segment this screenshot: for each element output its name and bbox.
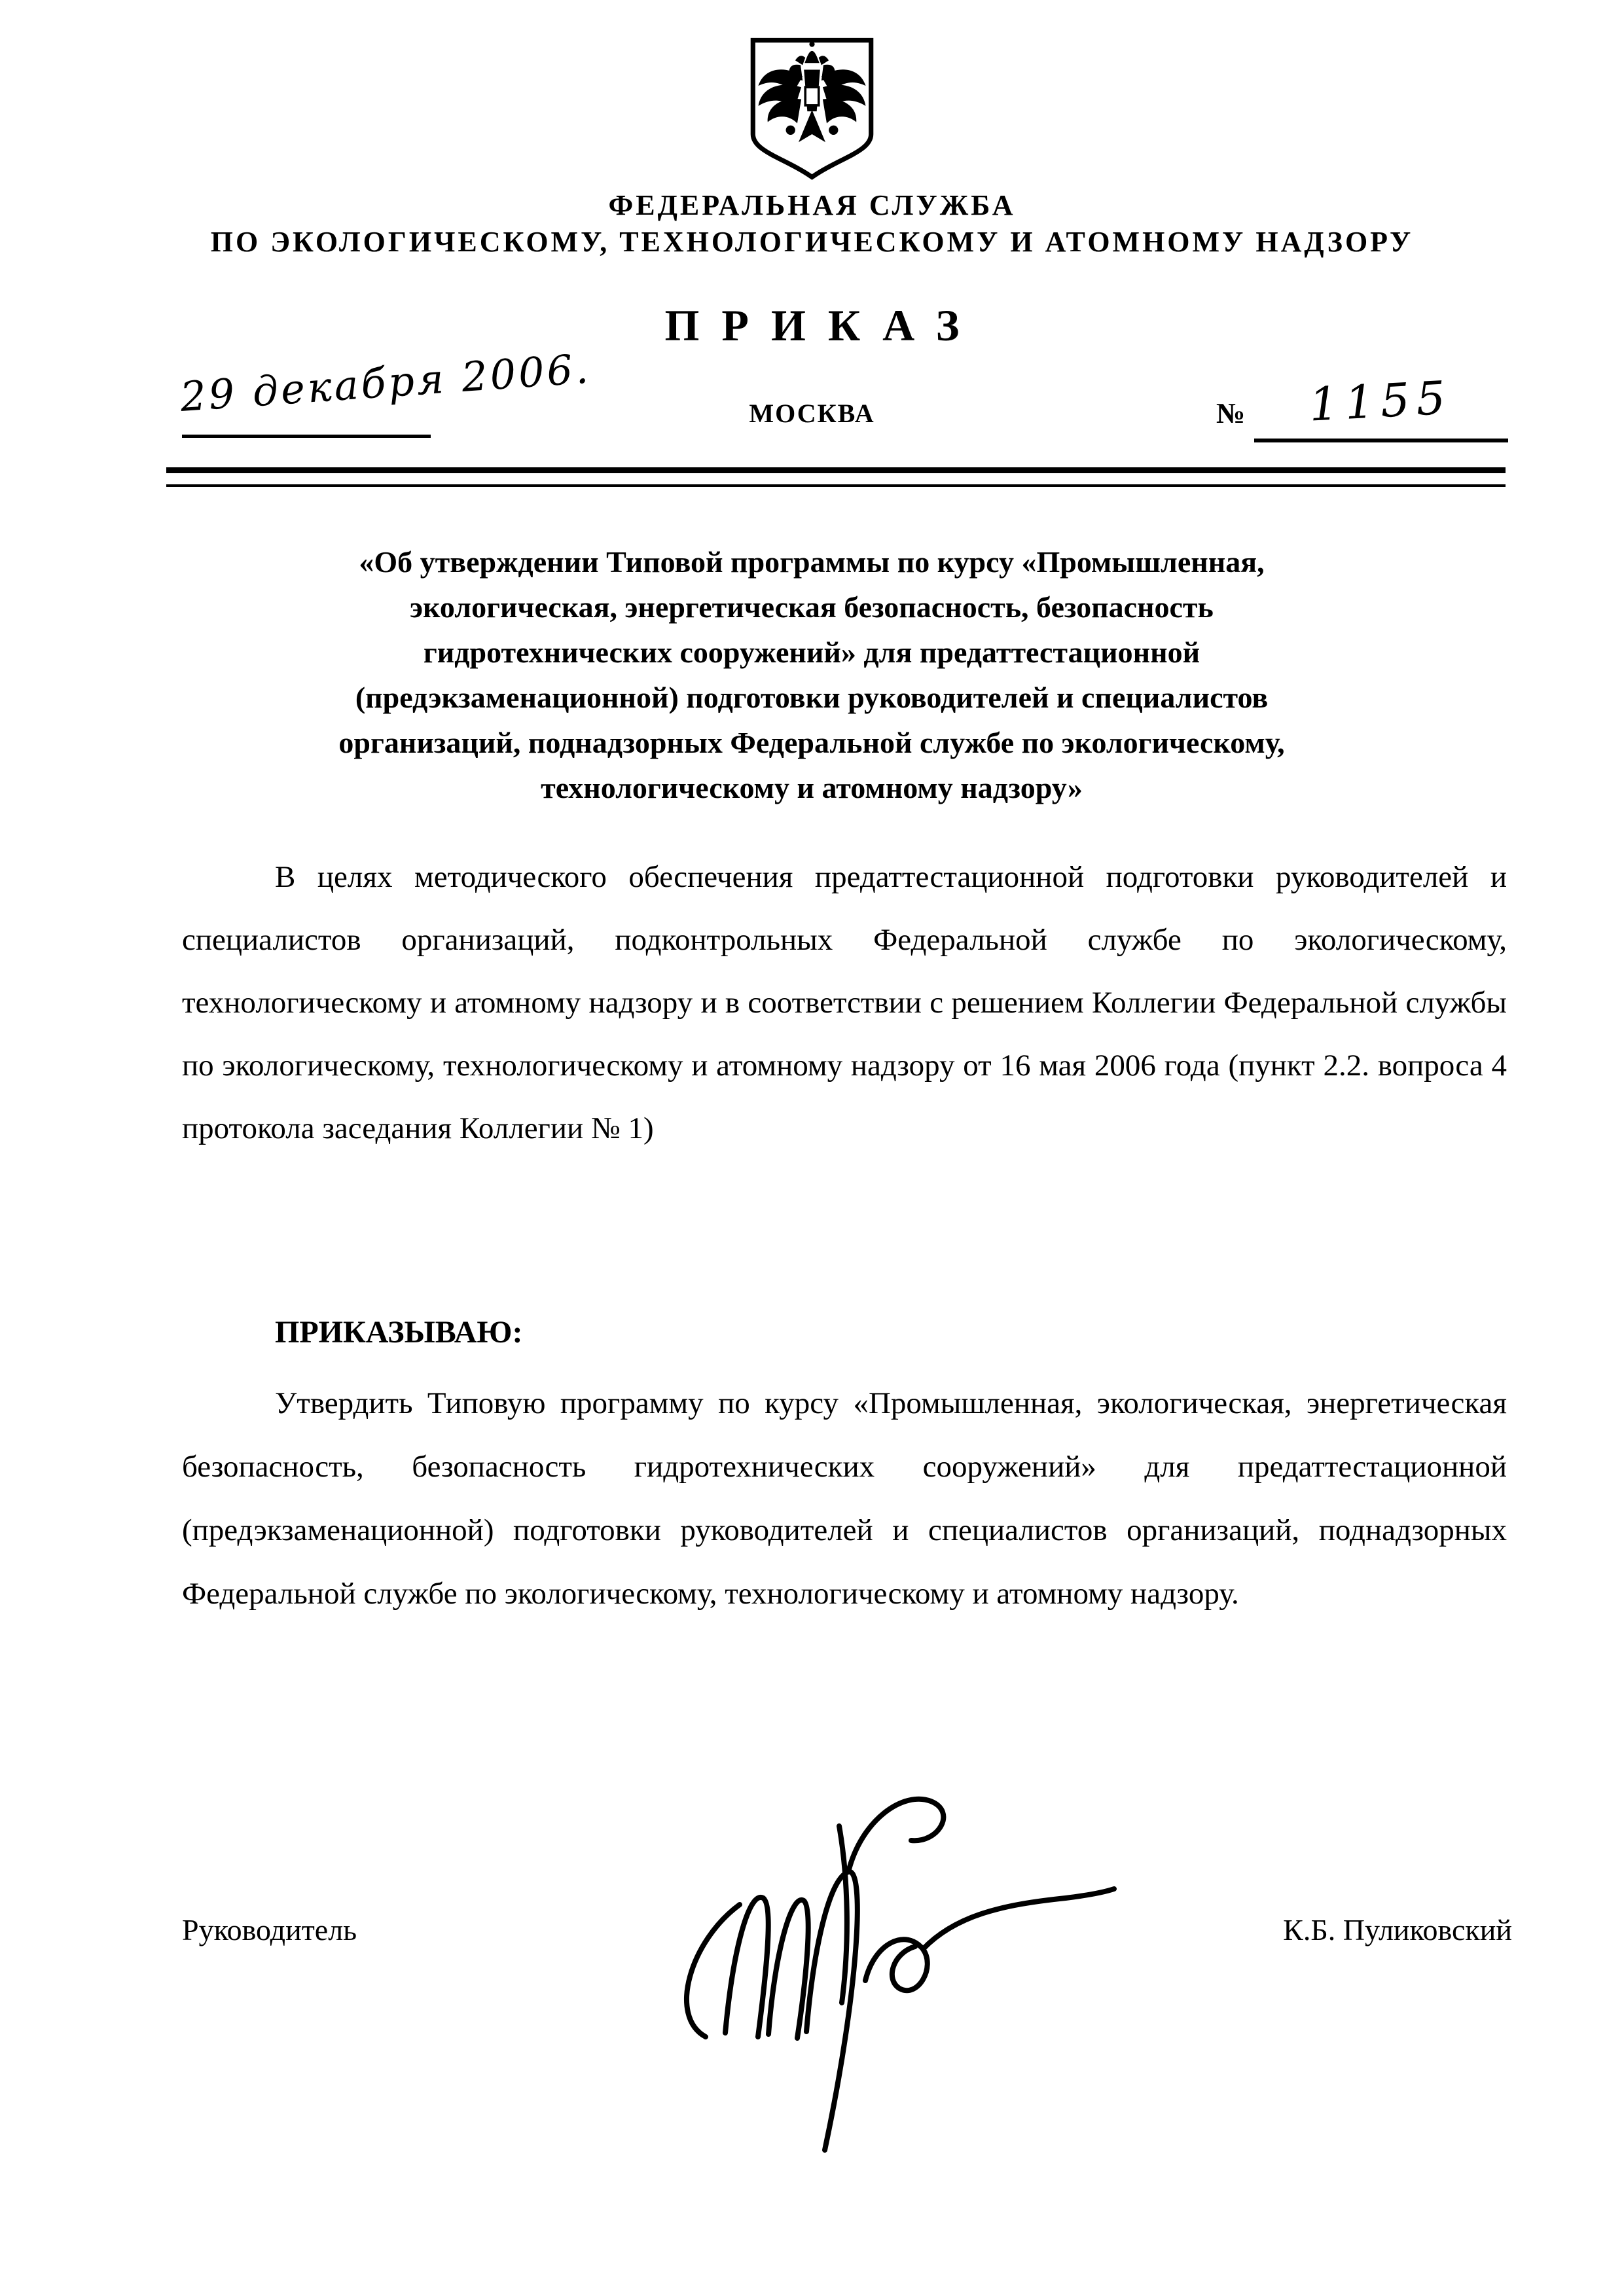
order-paragraph: Утвердить Типовую программу по курсу «Пр…	[182, 1372, 1507, 1626]
signatory-name: К.Б. Пуликовский	[1178, 1912, 1512, 1947]
order-title-line: экологическая, энергетическая безопаснос…	[190, 584, 1434, 630]
handwritten-document-number: 1155	[1308, 370, 1453, 431]
order-title-line: гидротехнических сооружений» для предатт…	[190, 630, 1434, 675]
decree-word: ПРИКАЗЫВАЮ:	[182, 1314, 1507, 1350]
order-title-line: «Об утверждении Типовой программы по кур…	[190, 539, 1434, 584]
date-underline	[182, 435, 431, 438]
number-sign: №	[1216, 397, 1245, 430]
separator-rule-thin	[166, 484, 1506, 487]
preamble-paragraph: В целях методического обеспечения предат…	[182, 846, 1507, 1160]
signature-scribble	[628, 1780, 1152, 2160]
russian-coat-of-arms-icon	[745, 34, 879, 183]
agency-name-line1: ФЕДЕРАЛЬНАЯ СЛУЖБА	[0, 188, 1624, 222]
order-title-line: технологическому и атомному надзору»	[190, 765, 1434, 810]
document-page: ФЕДЕРАЛЬНАЯ СЛУЖБА ПО ЭКОЛОГИЧЕСКОМУ, ТЕ…	[0, 0, 1624, 2296]
separator-rule-thick	[166, 467, 1506, 473]
number-underline	[1254, 439, 1508, 442]
order-title: «Об утверждении Типовой программы по кур…	[190, 539, 1434, 810]
agency-name-line2: ПО ЭКОЛОГИЧЕСКОМУ, ТЕХНОЛОГИЧЕСКОМУ И АТ…	[0, 225, 1624, 259]
order-title-line: (предэкзаменационной) подготовки руковод…	[190, 675, 1434, 720]
signatory-role: Руководитель	[182, 1912, 357, 1947]
document-type-heading: ПРИКАЗ	[0, 300, 1624, 351]
order-title-line: организаций, поднадзорных Федеральной сл…	[190, 720, 1434, 765]
